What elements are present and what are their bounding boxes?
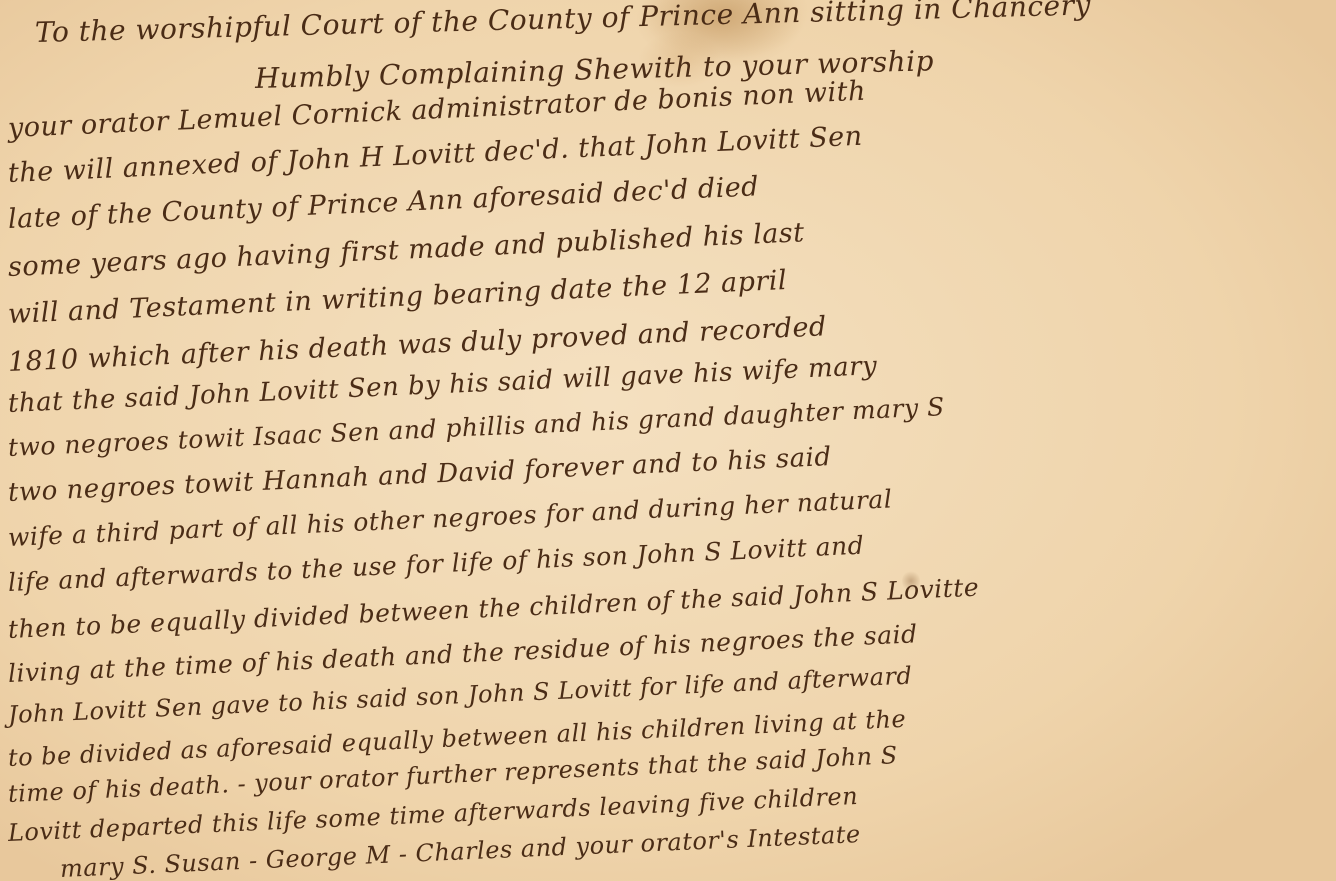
- manuscript-line: To the worshipful Court of the County of…: [35, 0, 1092, 49]
- manuscript-page: To the worshipful Court of the County of…: [0, 0, 1336, 881]
